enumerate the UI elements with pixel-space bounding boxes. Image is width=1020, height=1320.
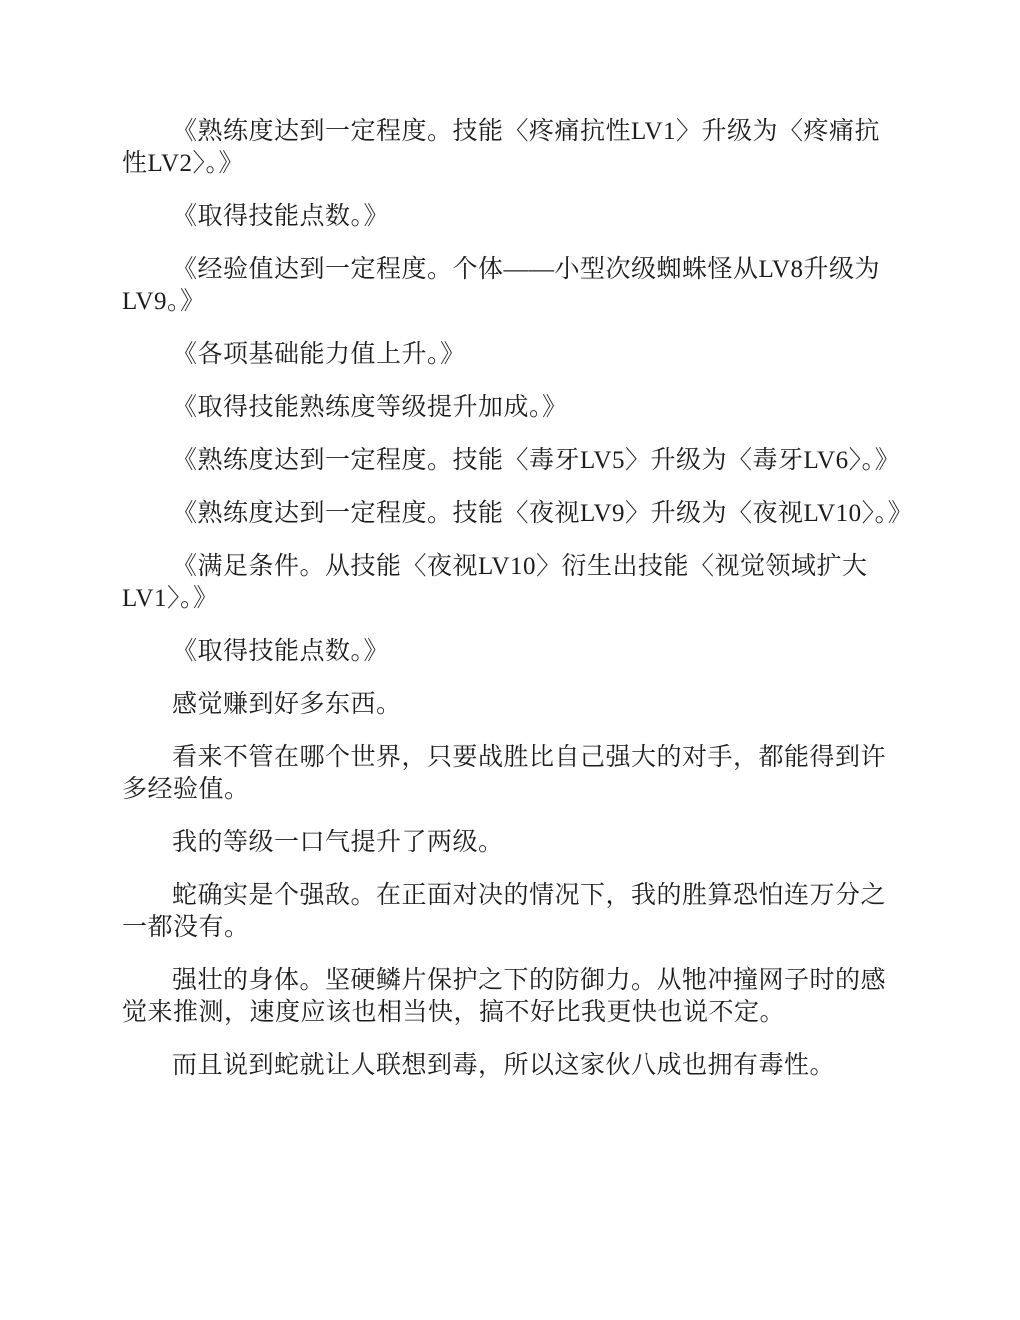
- paragraph-system-message: 《熟练度达到一定程度。技能〈毒牙LV5〉升级为〈毒牙LV6〉。》: [122, 445, 902, 477]
- paragraph-narration: 感觉赚到好多东西。: [122, 689, 902, 721]
- paragraph-narration: 看来不管在哪个世界，只要战胜比自己强大的对手，都能得到许多经验值。: [122, 742, 902, 806]
- paragraph-system-message: 《经验值达到一定程度。个体——小型次级蜘蛛怪从LV8升级为LV9。》: [122, 254, 902, 318]
- document-page: 《熟练度达到一定程度。技能〈疼痛抗性LV1〉升级为〈疼痛抗性LV2〉。》 《取得…: [0, 0, 1020, 1320]
- paragraph-system-message: 《满足条件。从技能〈夜视LV10〉衍生出技能〈视觉领域扩大LV1〉。》: [122, 551, 902, 615]
- paragraph-system-message: 《熟练度达到一定程度。技能〈夜视LV9〉升级为〈夜视LV10〉。》: [122, 498, 902, 530]
- paragraph-system-message: 《取得技能熟练度等级提升加成。》: [122, 392, 902, 424]
- paragraph-narration: 蛇确实是个强敌。在正面对决的情况下，我的胜算恐怕连万分之一都没有。: [122, 880, 902, 944]
- paragraph-system-message: 《取得技能点数。》: [122, 201, 902, 233]
- paragraph-system-message: 《熟练度达到一定程度。技能〈疼痛抗性LV1〉升级为〈疼痛抗性LV2〉。》: [122, 116, 902, 180]
- paragraph-narration: 我的等级一口气提升了两级。: [122, 827, 902, 859]
- paragraph-narration: 而且说到蛇就让人联想到毒，所以这家伙八成也拥有毒性。: [122, 1050, 902, 1082]
- paragraph-narration: 强壮的身体。坚硬鳞片保护之下的防御力。从牠冲撞网子时的感觉来推测，速度应该也相当…: [122, 965, 902, 1029]
- paragraph-system-message: 《各项基础能力值上升。》: [122, 339, 902, 371]
- paragraph-system-message: 《取得技能点数。》: [122, 636, 902, 668]
